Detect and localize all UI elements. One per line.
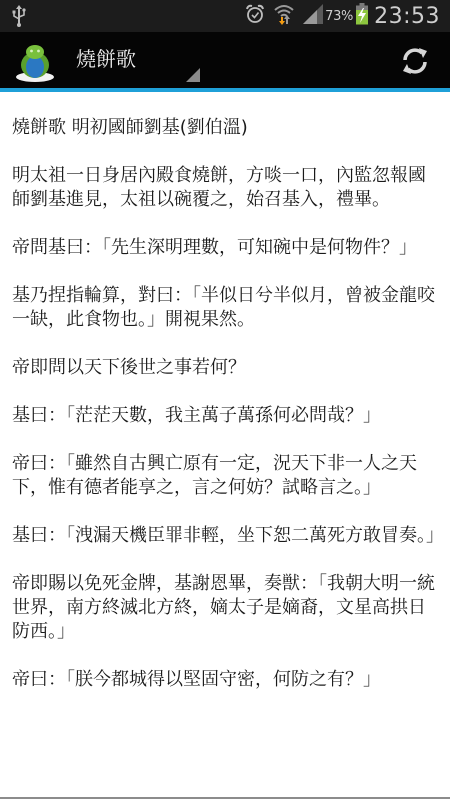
refresh-button[interactable] xyxy=(396,42,434,80)
paragraph: 帝曰：「雖然自古興亡原有一定，況天下非一人之天下，惟有德者能享之，言之何妨？試略… xyxy=(12,452,438,500)
paragraph: 帝即賜以免死金牌，基謝恩畢，奏獣：「我朝大明一統世界，南方終滅北方終，嫡太子是嫡… xyxy=(12,572,438,644)
clock: 23:53 xyxy=(374,4,440,29)
poem-content: 燒餅歌 明初國師劉基(劉伯溫) 明太祖一日身居內殿食燒餅，方啖一口，內監忽報國師… xyxy=(12,116,438,716)
scroll-edge-divider xyxy=(0,797,450,799)
usb-icon xyxy=(12,5,26,27)
poem-heading: 燒餅歌 明初國師劉基(劉伯溫) xyxy=(12,116,438,140)
paragraph: 帝問基曰：「先生深明理數，可知碗中是何物件？」 xyxy=(12,236,438,260)
action-bar-accent-line xyxy=(0,88,450,92)
refresh-icon xyxy=(400,46,430,76)
battery-percent: 73% xyxy=(325,9,353,24)
signal-icon xyxy=(303,4,323,28)
dropdown-indicator-icon[interactable] xyxy=(186,68,200,82)
status-bar: 73% 23:53 xyxy=(0,0,450,32)
action-bar: 燒餅歌 xyxy=(0,32,450,88)
app-logo-icon[interactable] xyxy=(14,41,56,83)
wifi-icon xyxy=(273,3,295,29)
paragraph: 帝曰：「朕今都城得以堅固守密，何防之有？」 xyxy=(12,668,438,692)
screen-title[interactable]: 燒餅歌 xyxy=(76,46,136,72)
paragraph: 基乃捏指輪算，對曰：「半似日兮半似月，曾被金龍咬一缺，此食物也。」開視果然。 xyxy=(12,284,438,332)
paragraph: 帝即問以天下後世之事若何？ xyxy=(12,356,438,380)
alarm-icon xyxy=(245,4,265,28)
paragraph: 基曰：「洩漏天機臣罪非輕，坐下恕二萬死方敢冒奏。」 xyxy=(12,524,438,548)
paragraph: 基曰：「茫茫天數，我主萬子萬孫何必問哉？」 xyxy=(12,404,438,428)
paragraph: 明太祖一日身居內殿食燒餅，方啖一口，內監忽報國師劉基進見，太祖以碗覆之，始召基入… xyxy=(12,164,438,212)
battery-charging-icon xyxy=(356,3,368,29)
